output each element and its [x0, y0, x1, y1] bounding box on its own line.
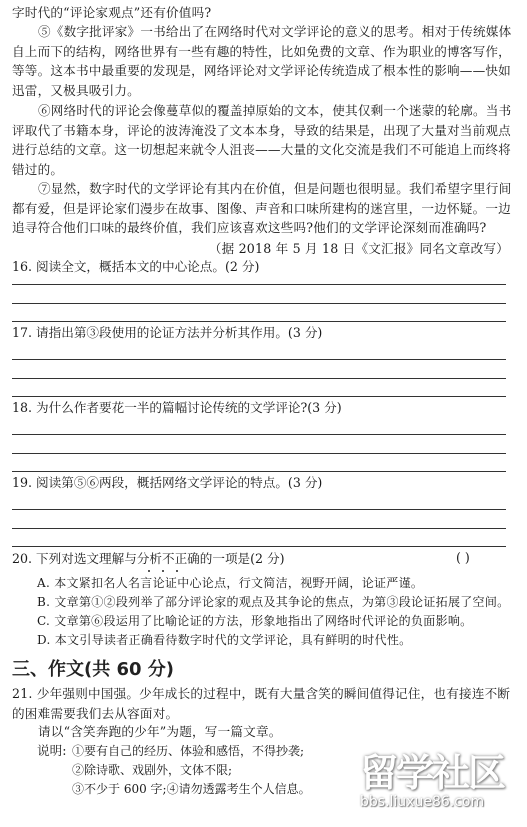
- emphasis-dot: [176, 570, 178, 572]
- option-c[interactable]: C. 文章第⑥段运用了比喻论证的方法，形象地指出了网络时代评论的负面影响。: [37, 612, 473, 630]
- emphasis-dot: [162, 570, 164, 572]
- answer-line[interactable]: [12, 378, 506, 379]
- answer-line[interactable]: [12, 359, 506, 360]
- question-19: 19. 阅读第⑤⑥两段，概括网络文学评论的特点。(3 分): [12, 474, 322, 492]
- note-label: 说明:: [37, 742, 66, 760]
- answer-line[interactable]: [12, 528, 506, 529]
- watermark-url: bbs.liuxue86.com: [360, 794, 520, 810]
- question-17: 17. 请指出第③段使用的论证方法并分析其作用。(3 分): [12, 324, 322, 342]
- note-2: ②除诗歌、戏剧外，文体不限;: [72, 761, 232, 779]
- option-a[interactable]: A. 本文紧扣名人名言论证中心论点，行文简洁，视野开阔，论证严谨。: [37, 574, 423, 592]
- passage-intro-tail: 字时代的“评论家观点”还有价值吗?: [12, 3, 517, 23]
- answer-blank[interactable]: ( ): [456, 550, 470, 565]
- question-18: 18. 为什么作者要花一半的篇幅讨论传统的文学评论?(3 分): [12, 399, 342, 417]
- option-d[interactable]: D. 本文引导读者正确看待数字时代的文学评论，具有鲜明的时代性。: [37, 631, 411, 649]
- essay-prompt: 请以“含笑奔跑的少年”为题，写一篇文章。: [12, 722, 517, 742]
- question-16: 16. 阅读全文，概括本文的中心论点。(2 分): [12, 258, 259, 276]
- answer-line[interactable]: [12, 303, 506, 304]
- question-20: 20. 下列对选文理解与分析不正确的一项是(2 分): [12, 550, 285, 568]
- answer-line[interactable]: [12, 284, 506, 285]
- answer-line[interactable]: [12, 321, 506, 322]
- passage-paragraph-7: ⑦显然，数字时代的文学评论有其内在价值，但是问题也很明显。我们希望字里行间都有爱…: [12, 179, 517, 238]
- note-3: ③不少于 600 字;④请勿透露考生个人信息。: [72, 780, 311, 798]
- emphasis-dot: [148, 570, 150, 572]
- passage-paragraph-6: ⑥网络时代的评论会像蔓草似的覆盖掉原始的文本，使其仅剩一个迷蒙的轮廓。当书评取代…: [12, 101, 517, 179]
- passage-source: （据 2018 年 5 月 18 日《文汇报》同名文章改写）: [12, 239, 509, 259]
- answer-line[interactable]: [12, 453, 506, 454]
- answer-line[interactable]: [12, 546, 506, 547]
- passage-paragraph-5: ⑤《数字批评家》一书给出了在网络时代对文学评论的意义的思考。相对于传统媒体自上而…: [12, 22, 517, 100]
- answer-line[interactable]: [12, 509, 506, 510]
- section-heading: 三、作文(共 60 分): [12, 655, 174, 681]
- option-b[interactable]: B. 文章第①②段列举了部分评论家的观点及其争论的焦点，为第③段论证拓展了空间。: [37, 593, 509, 611]
- answer-line[interactable]: [12, 396, 506, 397]
- answer-line[interactable]: [12, 434, 506, 435]
- watermark: 留学社区 bbs.liuxue86.com: [360, 752, 520, 814]
- answer-line[interactable]: [12, 471, 506, 472]
- watermark-logo: 留学社区: [360, 752, 520, 794]
- note-1: ①要有自己的经历、体验和感悟，不得抄袭;: [72, 742, 304, 760]
- question-21: 21. 少年强则中国强。少年成长的过程中，既有大量含笑的瞬间值得记住，也有接连不…: [12, 684, 517, 723]
